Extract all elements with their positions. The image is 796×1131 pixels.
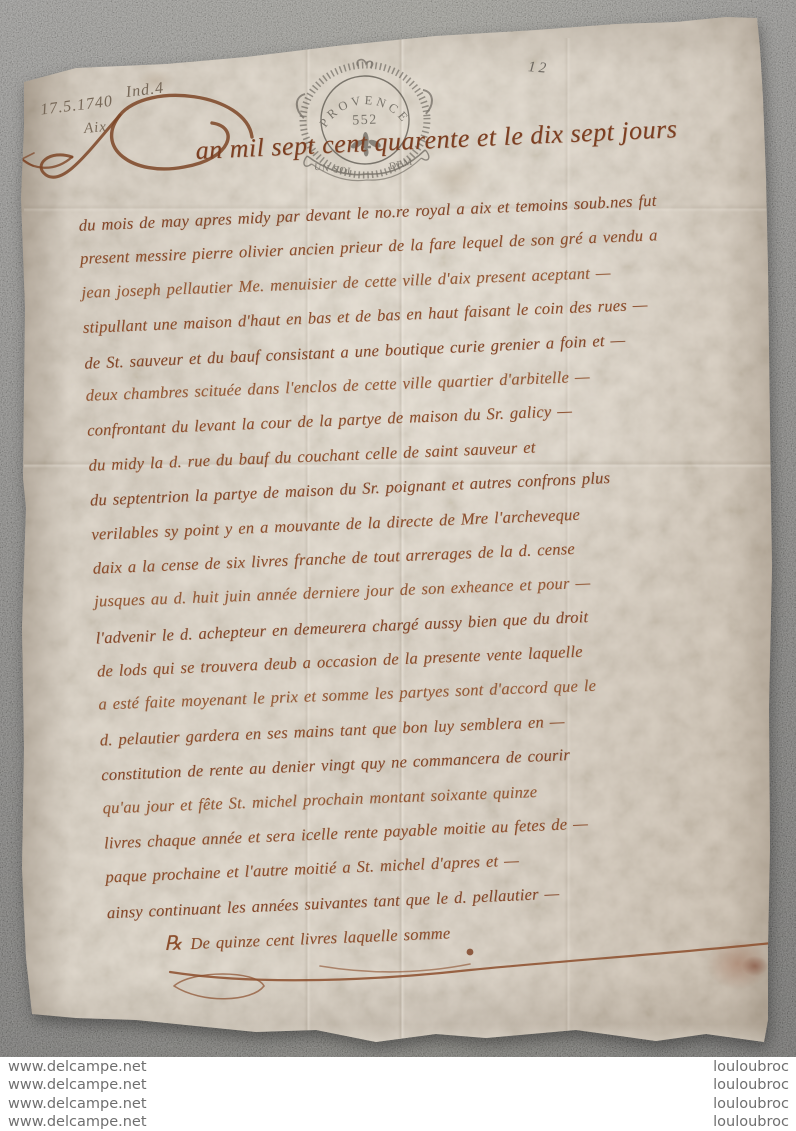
manuscript-text-block: du mois de may apres midy par devant le …: [78, 180, 780, 964]
manuscript-paper: 17.5.1740Ind.4 Aix 12 PROVENCE 552: [16, 8, 780, 1057]
watermark-right-column: louloubroc louloubroc louloubroc louloub…: [713, 1058, 789, 1131]
stamp-ribbon-left-text: UN SOL: [314, 163, 355, 178]
watermark-url: www.delcampe.net: [8, 1113, 147, 1131]
stamp-ribbon-right-text: DEM: [388, 157, 414, 172]
stamp-number: 552: [352, 113, 378, 129]
watermark-seller: louloubroc: [713, 1058, 789, 1076]
watermark-url: www.delcampe.net: [8, 1076, 147, 1094]
watermark-left-column: www.delcampe.net www.delcampe.net www.de…: [8, 1058, 147, 1131]
page-number-note: 12: [527, 59, 549, 78]
watermark-url: www.delcampe.net: [8, 1058, 147, 1076]
closing-flourish: [140, 924, 790, 1014]
document-photo: 17.5.1740Ind.4 Aix 12 PROVENCE 552: [0, 0, 796, 1057]
watermark-seller: louloubroc: [713, 1076, 789, 1094]
paper-sheet: 17.5.1740Ind.4 Aix 12 PROVENCE 552: [16, 8, 780, 1057]
watermark-url: www.delcampe.net: [8, 1095, 147, 1113]
watermark-seller: louloubroc: [713, 1113, 789, 1131]
watermark-strip: www.delcampe.net www.delcampe.net www.de…: [0, 1057, 796, 1131]
watermark-seller: louloubroc: [713, 1095, 789, 1113]
